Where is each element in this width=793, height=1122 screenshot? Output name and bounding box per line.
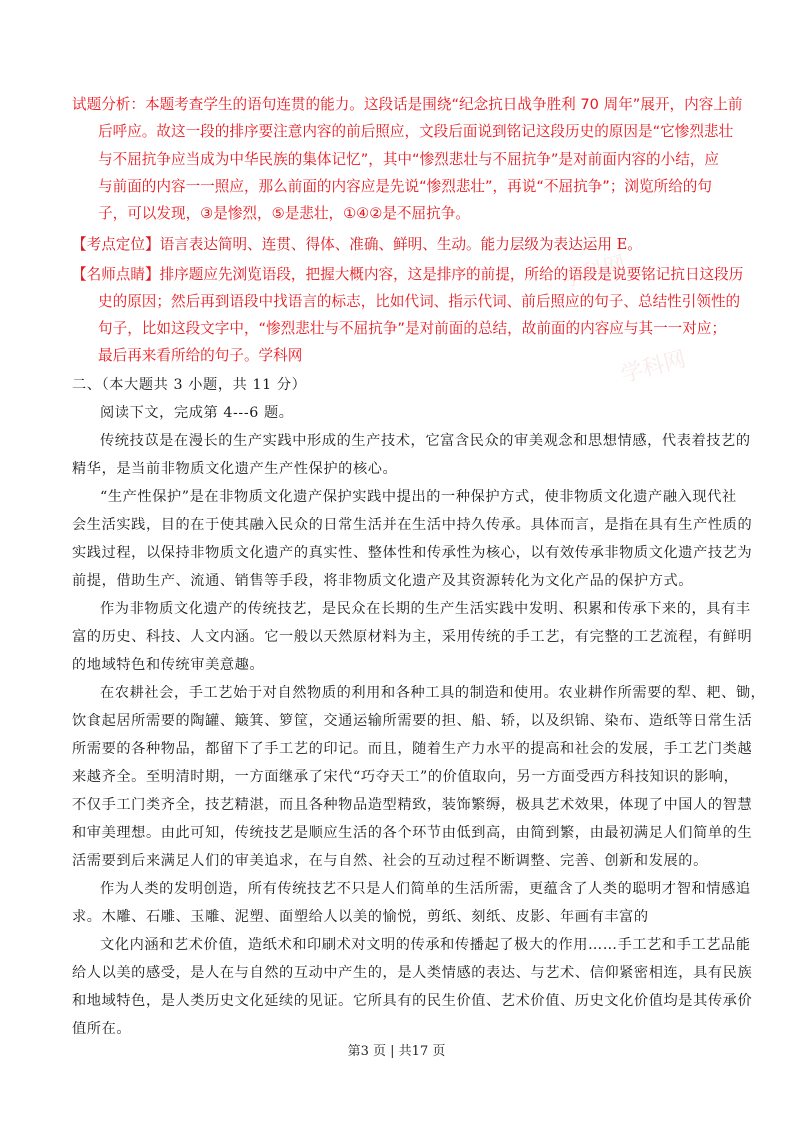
passage-line: 饮食起居所需要的陶罐、簸箕、箩筐，交通运输所需要的担、船、轿，以及织锦、染布、造… xyxy=(72,711,752,731)
passage-line: 前提，借助生产、流通、销售等手段，将非物质文化遗产及其资源转化为文化产品的保护方… xyxy=(72,571,693,591)
passage-line: “生产性保护”是在非物质文化遗产保护实践中提出的一种保护方式，使非物质文化遗产融… xyxy=(100,487,737,507)
passage-line: 在农耕社会，手工艺始于对自然物质的利用和各种工具的制造和使用。农业耕作所需要的犁… xyxy=(100,683,765,703)
passage-line: 活需要到后来满足人们的审美追求，在与自然、社会的互动过程不断调整、完善、创新和发… xyxy=(72,851,708,871)
analysis-line: 子，可以发现，③是惨烈，⑤是悲壮，①④②是不屈抗争。 xyxy=(98,204,470,224)
passage-line: 精华，是当前非物质文化遗产生产性保护的核心。 xyxy=(72,459,397,479)
passage-line: 值所在。 xyxy=(72,1019,131,1039)
page-number: 第3 页 | 共17 页 xyxy=(0,1040,793,1059)
passage-line: 富的历史、科技、人文内涵。它一般以天然原材料为主，采用传统的手工艺，有完整的工艺… xyxy=(72,627,752,647)
passage-line: 作为非物质文化遗产的传统技艺，是民众在长期的生产生活实践中发明、积累和传承下来的… xyxy=(100,599,751,619)
analysis-line: 后呼应。故这一段的排序要注意内容的前后照应，文段后面说到铭记这段历史的原因是“它… xyxy=(98,122,733,142)
passage-line: 传统技苡是在漫长的生产实践中形成的生产技术，它富含民众的审美观念和思想情感，代表… xyxy=(100,431,751,451)
analysis-line: 与不屈抗争应当成为中华民族的集体记忆”，其中“惨烈悲壮与不屈抗争”是对前面内容的… xyxy=(98,150,719,170)
passage-line: 求。木雕、石雕、玉雕、泥塑、面塑给人以美的愉悦，剪纸、刻纸、皮影、年画有丰富的 xyxy=(72,907,649,927)
exam-point-line: 【考点定位】语言表达简明、连贯、得体、准确、鲜明、生动。能力层级为表达运用 E。 xyxy=(72,235,642,255)
passage-line: 会生活实践，目的在于使其融入民众的日常生活并在生活中持久传承。具体而言，是指在具… xyxy=(72,515,752,535)
document-page: 学科网 学科网 试题分析：本题考查学生的语句连贯的能力。这段话是围绕“纪念抗日战… xyxy=(0,0,793,1122)
passage-line: 给人以美的感受，是人在与自然的互动中产生的，是人类情感的表达、与艺术、信仰紧密相… xyxy=(72,963,752,983)
analysis-line: 试题分析：本题考查学生的语句连贯的能力。这段话是围绕“纪念抗日战争胜利 70 周… xyxy=(72,95,743,115)
passage-line: 实践过程，以保持非物质文化遗产的真实性、整体性和传承性为核心，以有效传承非物质文… xyxy=(72,543,752,563)
teacher-tip-line: 【名师点睛】排序题应先浏览语段，把握大概内容，这是排序的前提，所给的语段是说要铭… xyxy=(72,265,743,285)
analysis-line: 与前面的内容一一照应，那么前面的内容应是先说“惨烈悲壮”，再说“不屈抗争”；浏览… xyxy=(98,177,712,197)
watermark: 学科网 xyxy=(617,342,689,389)
passage-line: 和审美理想。由此可知，传统技艺是顺应生活的各个环节由低到高，由简到繁，由最初满足… xyxy=(72,823,752,843)
passage-line: 不仅手工门类齐全，技艺精湛，而且各种物品造型精致，装饰繁缛，极具艺术效果，体现了… xyxy=(72,795,752,815)
passage-line: 作为人类的发明创造，所有传统技艺不只是人们简单的生活所需，更蕴含了人类的聪明才智… xyxy=(100,879,751,899)
passage-line: 的地域特色和传统审美意趣。 xyxy=(72,655,264,675)
teacher-tip-line: 最后再来看所给的句子。学科网 xyxy=(98,346,302,366)
section-heading: 二、（本大题共 3 小题，共 11 分） xyxy=(72,375,306,395)
teacher-tip-line: 史的原因；然后再到语段中找语言的标志，比如代词、指示代词、前后照应的句子、总结性… xyxy=(98,292,740,312)
passage-line: 文化内涵和艺术价值，造纸术和印刷术对文明的传承和传播起了极大的作用……手工艺和手… xyxy=(100,935,751,955)
passage-line: 和地域特色，是人类历史文化延续的见证。它所具有的民生价值、艺术价值、历史文化价值… xyxy=(72,991,752,1011)
section-instruction: 阅读下文，完成第 4---6 题。 xyxy=(100,403,294,423)
passage-line: 所需要的各种物品，都留下了手工艺的印记。而且，随着生产力水平的提高和社会的发展，… xyxy=(72,739,752,759)
teacher-tip-line: 句子，比如这段文字中，“惨烈悲壮与不屈抗争”是对前面的总结，故前面的内容应与其一… xyxy=(98,319,726,339)
passage-line: 来越齐全。至明清时期，一方面继承了宋代“巧夺天工”的价值取向，另一方面受西方科技… xyxy=(72,767,738,787)
